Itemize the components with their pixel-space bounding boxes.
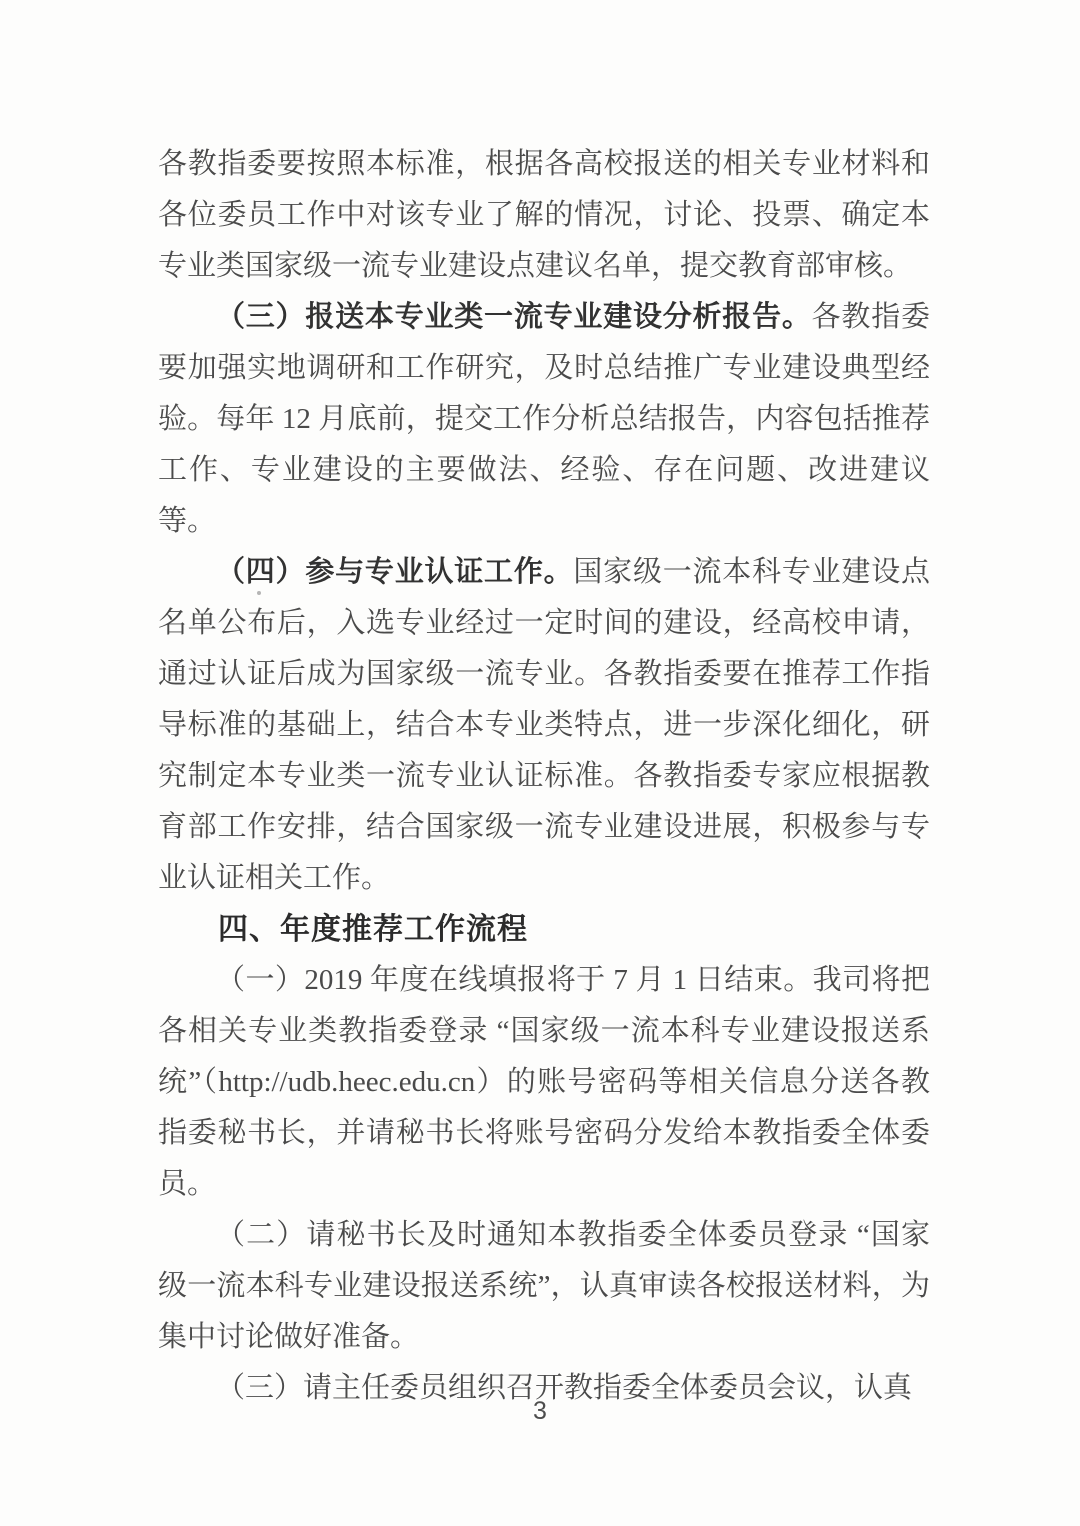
paragraph-step-one: （一）2019 年度在线填报将于 7 月 1 日结束。我司将把各相关专业类教指委… — [158, 955, 930, 1210]
item-three-body: 各教指委要加强实地调研和工作研究，及时总结推广专业建设典型经验。每年 12 月底… — [158, 301, 930, 537]
item-four-title: （四）参与专业认证工作。 — [216, 556, 573, 588]
paragraph-step-two: （二）请秘书长及时通知本教指委全体委员登录 “国家级一流本科专业建设报送系统”，… — [158, 1210, 930, 1363]
paragraph-item-four-certification: （四）参与专业认证工作。国家级一流本科专业建设点名单公布后，入选专业经过一定时间… — [158, 547, 930, 904]
section-heading-annual-process: 四、年度推荐工作流程 — [158, 904, 930, 955]
page-number: 3 — [0, 1396, 1080, 1426]
scanned-document-page: 各教指委要按照本标准，根据各高校报送的相关专业材料和各位委员工作中对该专业了解的… — [0, 0, 1080, 1526]
item-three-title: （三）报送本专业类一流专业建设分析报告。 — [216, 301, 812, 333]
paragraph-item-three-report: （三）报送本专业类一流专业建设分析报告。各教指委要加强实地调研和工作研究，及时总… — [158, 292, 930, 547]
item-four-body: 国家级一流本科专业建设点名单公布后，入选专业经过一定时间的建设，经高校申请，通过… — [158, 556, 930, 894]
paragraph-continuation: 各教指委要按照本标准，根据各高校报送的相关专业材料和各位委员工作中对该专业了解的… — [158, 139, 930, 292]
scan-speck — [257, 591, 261, 595]
